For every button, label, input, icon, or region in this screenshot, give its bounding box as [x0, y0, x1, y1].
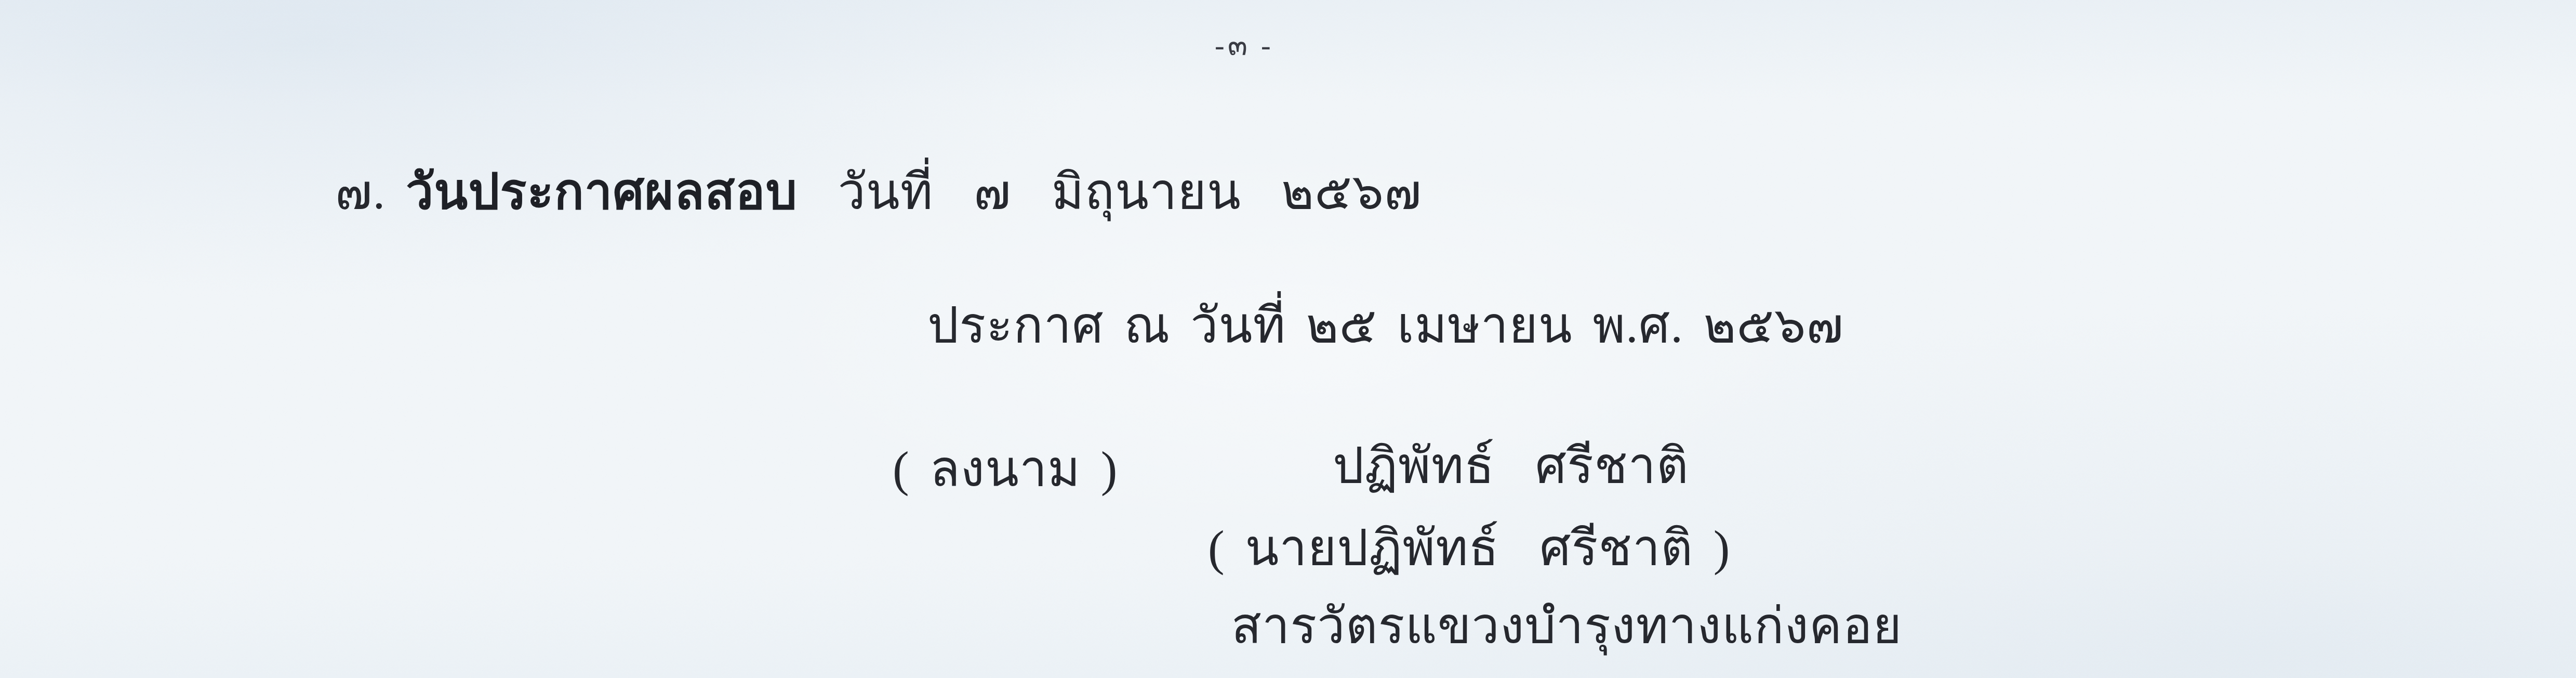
signatory-name-line: ( นายปฏิพัทธ์ ศรีชาติ ) — [1208, 520, 1730, 577]
scanned-document-page: -๓ - ๗. วันประกาศผลสอบ วันที่ ๗ มิถุนายน… — [0, 0, 2576, 678]
item-title: วันประกาศผลสอบ — [406, 164, 798, 219]
announcement-date-line: ประกาศ ณ วันที่ ๒๕ เมษายน พ.ศ. ๒๕๖๗ — [927, 297, 1844, 354]
item-detail: วันที่ ๗ มิถุนายน ๒๕๖๗ — [838, 164, 1422, 219]
signed-label: ( ลงนาม ) — [893, 441, 1118, 498]
item-title-gap — [798, 164, 838, 219]
item-number: ๗. — [335, 164, 386, 219]
item-number-gap — [386, 164, 406, 219]
exam-result-date-line: ๗. วันประกาศผลสอบ วันที่ ๗ มิถุนายน ๒๕๖๗ — [335, 164, 1422, 220]
signature-name: ปฏิพัทธ์ ศรีชาติ — [1333, 438, 1689, 494]
signatory-position-line: สารวัตรแขวงบำรุงทางแก่งคอย — [1231, 598, 1902, 655]
page-number: -๓ - — [1215, 22, 1274, 68]
